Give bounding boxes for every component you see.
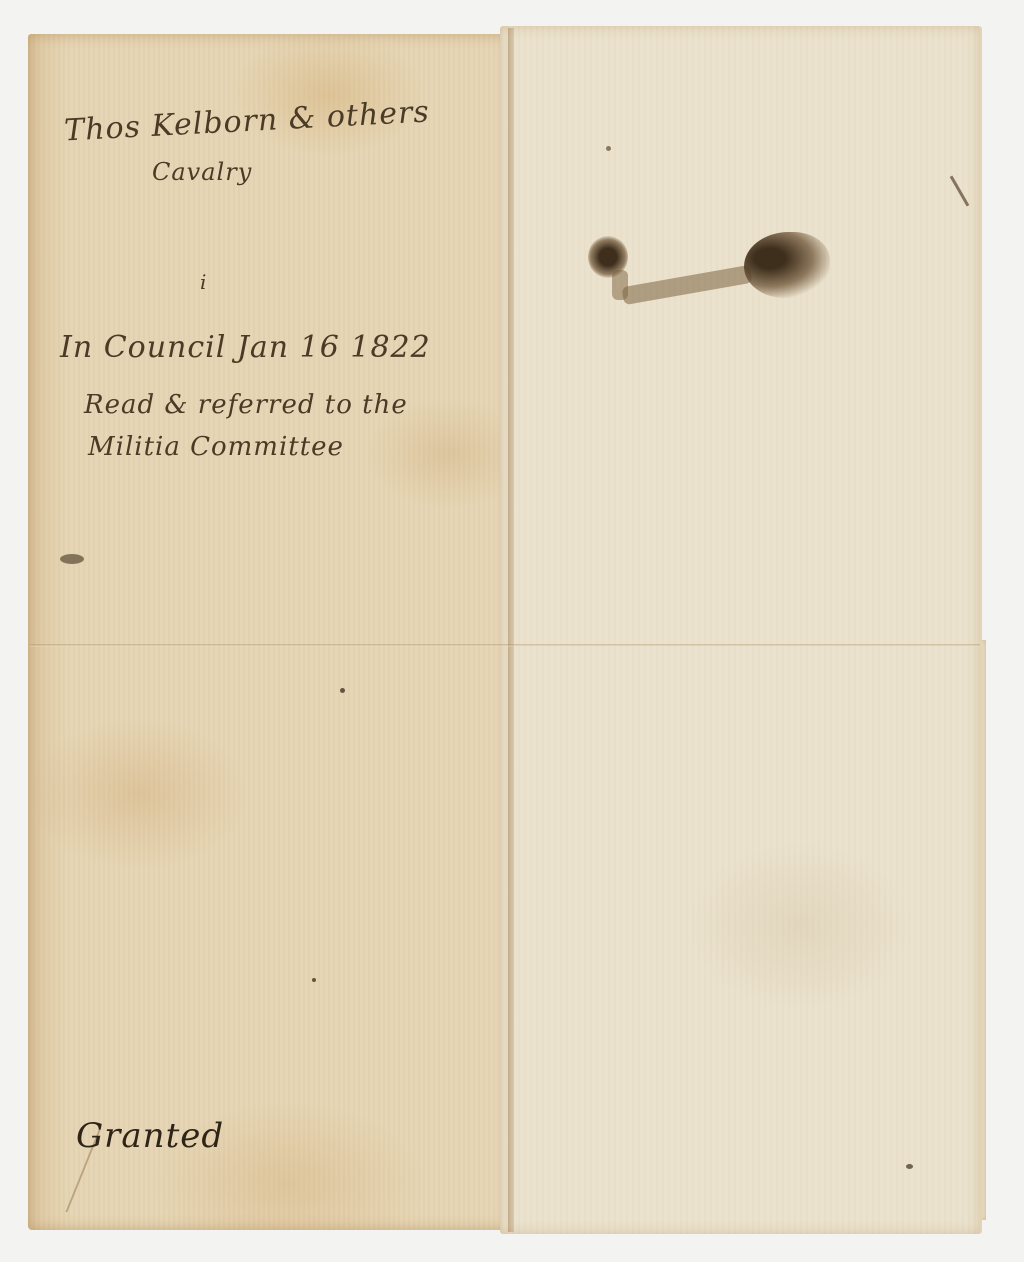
center-fold-line <box>508 28 514 1232</box>
decision-granted: Granted <box>76 1116 224 1156</box>
ink-blot-right-icon <box>744 232 830 298</box>
horizontal-fold-line <box>30 644 980 647</box>
referral-line-2: Militia Committee <box>88 432 344 462</box>
ink-smudge <box>60 554 84 564</box>
document-right-panel <box>500 26 980 1234</box>
referral-line-1: Read & referred to the <box>84 390 408 420</box>
document-left-panel <box>28 34 534 1230</box>
docket-mark: i <box>200 270 207 294</box>
ink-dot <box>312 978 316 982</box>
ink-dot <box>906 1164 913 1169</box>
council-date-line: In Council Jan 16 1822 <box>60 330 431 365</box>
ink-dot <box>606 146 611 151</box>
docket-subject: Cavalry <box>152 158 252 186</box>
ink-dot <box>340 688 345 693</box>
